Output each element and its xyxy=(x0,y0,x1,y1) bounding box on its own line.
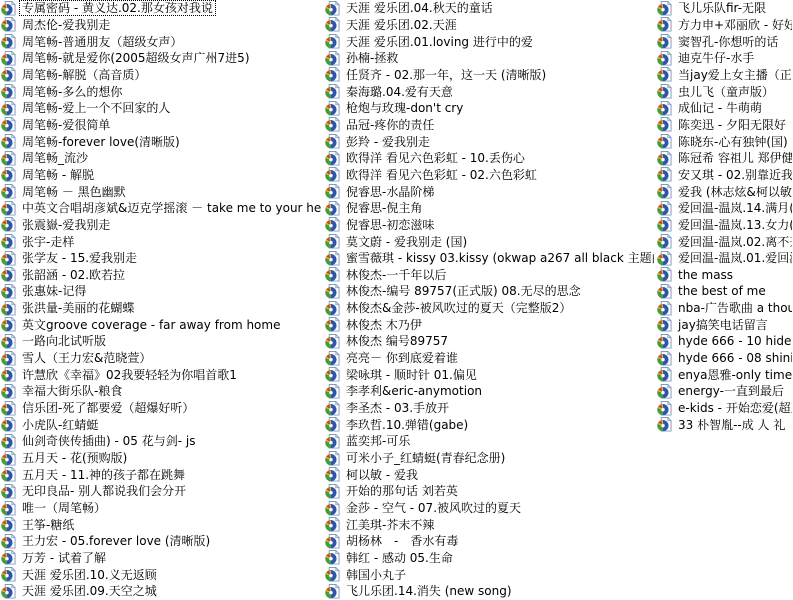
file-item[interactable]: 李玖哲.10.弹错(gabe) xyxy=(325,416,655,433)
file-name: 任贤齐 - 02.那一年，这一天 (清晰版) xyxy=(343,67,549,83)
file-name: 一路向北试听版 xyxy=(19,333,109,349)
file-name: 仙剑奇侠传插曲) - 05 花与剑- js xyxy=(19,433,198,449)
file-item[interactable]: 迪克牛仔-水手 xyxy=(657,50,793,67)
file-name: 爱回温-温岚.13.女力(新 xyxy=(675,217,793,233)
media-file-icon xyxy=(325,401,340,416)
media-file-icon xyxy=(325,451,340,466)
file-item[interactable]: jay搞笑电话留言 xyxy=(657,316,793,333)
file-name: 爱回温-温岚.14.满月(新 xyxy=(675,200,793,216)
file-item[interactable]: 孙楠-拯救 xyxy=(325,50,655,67)
media-file-icon xyxy=(1,151,16,166)
explorer-file-list-view: { "view": { "type": "file-list", "backgr… xyxy=(0,0,793,600)
file-item[interactable]: 爱回温-温岚.13.女力(新 xyxy=(657,217,793,234)
media-file-icon xyxy=(325,550,340,565)
file-item[interactable]: 周笔畅 － 黑色幽默 xyxy=(1,183,323,200)
file-item[interactable]: energy-一直到最后 xyxy=(657,383,793,400)
media-file-icon xyxy=(657,101,672,116)
media-file-icon xyxy=(657,151,672,166)
file-name: 雪人（王力宏&范晓萱） xyxy=(19,350,154,366)
file-name: 林俊杰-一千年以后 xyxy=(343,267,449,283)
file-item[interactable]: 雪人（王力宏&范晓萱） xyxy=(1,350,323,367)
file-item[interactable]: 蜜雪薇琪 - kissy 03.kissy (okwap a267 all bl… xyxy=(325,250,655,267)
file-name: 韩国小丸子 xyxy=(343,567,409,583)
file-item[interactable]: 陈冠希 容祖儿 郑伊健 阿 xyxy=(657,150,793,167)
file-item[interactable]: 倪睿思-倪主角 xyxy=(325,200,655,217)
file-name: 开始的那句话 刘若英 xyxy=(343,483,461,499)
file-item[interactable]: 小虎队-红蜻蜓 xyxy=(1,416,323,433)
file-name: 金莎 - 空气 - 07.被风吹过的夏天 xyxy=(343,500,524,516)
media-file-icon xyxy=(657,267,672,282)
media-file-icon xyxy=(325,134,340,149)
file-name: hyde 666 - 08 shining ove xyxy=(675,350,793,366)
file-name: 张学友 - 15.爱我别走 xyxy=(19,250,140,266)
media-file-icon xyxy=(325,384,340,399)
media-file-icon xyxy=(657,167,672,182)
media-file-icon xyxy=(1,484,16,499)
media-file-icon xyxy=(1,401,16,416)
file-name: 可米小子_红蜻蜓(青春纪念册) xyxy=(343,450,508,466)
file-item[interactable]: 英文groove coverage - far away from home xyxy=(1,316,323,333)
file-item[interactable]: 林俊杰 编号89757 xyxy=(325,333,655,350)
media-file-icon xyxy=(1,384,16,399)
media-file-icon xyxy=(325,184,340,199)
file-name: enya恩雅-only time xyxy=(675,367,793,383)
media-file-icon xyxy=(1,17,16,32)
file-item[interactable]: 枪炮与玫瑰-don't cry xyxy=(325,100,655,117)
media-file-icon xyxy=(1,501,16,516)
media-file-icon xyxy=(657,234,672,249)
media-file-icon xyxy=(325,584,340,599)
media-file-icon xyxy=(657,51,672,66)
file-name: 幸福大街乐队-粮食 xyxy=(19,383,125,399)
file-name: 爱回温-温岚.01.爱回温 xyxy=(675,250,793,266)
file-item[interactable]: 五月天 - 花(预购版) xyxy=(1,450,323,467)
media-file-icon xyxy=(657,351,672,366)
media-file-icon xyxy=(1,467,16,482)
file-name: 欧得洋 看见六色彩虹 - 10.丢伤心 xyxy=(343,150,528,166)
file-name: 江美琪-芥末不辣 xyxy=(343,517,437,533)
file-item[interactable]: 方力申+邓丽欣 - 好好恋 xyxy=(657,17,793,34)
file-item[interactable]: 秦海璐.04.爱有天意 xyxy=(325,83,655,100)
file-list-column-2: 天涯 爱乐团.04.秋天的童话天涯 爱乐团.02.天涯天涯 爱乐团.01.lov… xyxy=(325,0,655,600)
file-name: 迪克牛仔-水手 xyxy=(675,50,757,66)
file-list-column-3: 飞儿乐队fir-无限方力申+邓丽欣 - 好好恋窦智孔-你想听的话迪克牛仔-水手当… xyxy=(657,0,793,600)
file-item[interactable]: 莫文蔚 - 爱我别走 (国) xyxy=(325,233,655,250)
media-file-icon xyxy=(657,284,672,299)
media-file-icon xyxy=(325,317,340,332)
file-item[interactable]: 亮亮－ 你到底爱着谁 xyxy=(325,350,655,367)
media-file-icon xyxy=(325,534,340,549)
media-file-icon xyxy=(1,517,16,532)
file-item[interactable]: 天涯 爱乐团.04.秋天的童话 xyxy=(325,0,655,17)
file-item[interactable]: 成仙记 - 牛萌萌 xyxy=(657,100,793,117)
media-file-icon xyxy=(325,234,340,249)
file-item[interactable]: 当jay爱上女主播（正版 xyxy=(657,67,793,84)
media-file-icon xyxy=(657,367,672,382)
file-name: 周笔畅-多么的想你 xyxy=(19,84,125,100)
file-name: 当jay爱上女主播（正版 xyxy=(675,67,793,83)
file-name: 莫文蔚 - 爱我别走 (国) xyxy=(343,234,470,250)
file-item[interactable]: 周笔畅-爱上一个不回家的人 xyxy=(1,100,323,117)
file-item[interactable]: 信乐团-死了都要爱（超爆好听） xyxy=(1,400,323,417)
media-file-icon xyxy=(657,401,672,416)
file-item[interactable]: 林俊杰&金莎-被风吹过的夏天（完整版2） xyxy=(325,300,655,317)
media-file-icon xyxy=(325,167,340,182)
file-name: 张宇-走样 xyxy=(19,234,77,250)
media-file-icon xyxy=(1,351,16,366)
media-file-icon xyxy=(1,451,16,466)
file-name: nba-广告歌曲 a thousan xyxy=(675,300,793,316)
media-file-icon xyxy=(1,201,16,216)
media-file-icon xyxy=(1,251,16,266)
file-item-selected[interactable]: 专属密码 - 黄义达.02.那女孩对我说 xyxy=(1,0,323,17)
file-item[interactable]: 一路向北试听版 xyxy=(1,333,323,350)
media-file-icon xyxy=(657,67,672,82)
file-name: 倪睿思-初恋滋味 xyxy=(343,217,437,233)
file-name: jay搞笑电话留言 xyxy=(675,317,771,333)
file-item[interactable]: 王力宏 - 05.forever love (清晰版) xyxy=(1,533,323,550)
file-item[interactable]: 林俊杰 木乃伊 xyxy=(325,316,655,333)
file-item[interactable]: 周笔畅-多么的想你 xyxy=(1,83,323,100)
file-name: 周笔畅_流沙 xyxy=(19,150,91,166)
file-name: 张韶涵 - 02.欧若拉 xyxy=(19,267,128,283)
media-file-icon xyxy=(325,351,340,366)
file-item[interactable]: 陈晓东-心有独钟(国) xyxy=(657,133,793,150)
file-list: 专属密码 - 黄义达.02.那女孩对我说周杰伦-爱我别走周笔畅-普通朋友（超级女… xyxy=(0,0,793,600)
file-name: 周笔畅-forever love(清晰版) xyxy=(19,134,183,150)
file-name: e-kids - 开始恋爱(超正呀 xyxy=(675,400,793,416)
file-item[interactable]: 张洪量-美丽的花蝴蝶 xyxy=(1,300,323,317)
file-item[interactable]: 江美琪-芥末不辣 xyxy=(325,516,655,533)
file-name: 张惠妹-记得 xyxy=(19,283,89,299)
file-item[interactable]: 张学友 - 15.爱我别走 xyxy=(1,250,323,267)
media-file-icon xyxy=(1,284,16,299)
media-file-icon xyxy=(325,284,340,299)
media-file-icon xyxy=(325,17,340,32)
media-file-icon xyxy=(1,434,16,449)
file-item[interactable]: 倪睿思-初恋滋味 xyxy=(325,217,655,234)
file-item[interactable]: 胡杨林 - 香水有毒 xyxy=(325,533,655,550)
file-name: 天涯 爱乐团.09.天空之城 xyxy=(19,583,160,599)
file-item[interactable]: 爱我 (林志炫&柯以敏)(背 xyxy=(657,183,793,200)
media-file-icon xyxy=(1,334,16,349)
media-file-icon xyxy=(1,51,16,66)
media-file-icon xyxy=(325,517,340,532)
file-item[interactable]: nba-广告歌曲 a thousan xyxy=(657,300,793,317)
media-file-icon xyxy=(1,301,16,316)
media-file-icon xyxy=(325,567,340,582)
file-name: 倪睿思-水晶阶梯 xyxy=(343,184,437,200)
file-item[interactable]: 李孝利&eric-anymotion xyxy=(325,383,655,400)
file-name: 欧得洋 看见六色彩虹 - 02.六色彩虹 xyxy=(343,167,540,183)
media-file-icon xyxy=(1,417,16,432)
media-file-icon xyxy=(1,184,16,199)
media-file-icon xyxy=(325,467,340,482)
file-name: 周笔畅 - 解脱 xyxy=(19,167,97,183)
file-name: 中英文合唱胡彦斌&迈克学摇滚 － take me to your hear吻别 xyxy=(19,200,323,216)
file-item[interactable]: 五月天 - 11.神的孩子都在跳舞 xyxy=(1,466,323,483)
file-name: 李玖哲.10.弹错(gabe) xyxy=(343,417,471,433)
media-file-icon xyxy=(657,34,672,49)
media-file-icon xyxy=(325,34,340,49)
media-file-icon xyxy=(1,317,16,332)
file-item[interactable]: 33 朴智胤--成 人 礼 xyxy=(657,416,793,433)
media-file-icon xyxy=(1,1,16,16)
file-item[interactable]: 张震嶽-爱我别走 xyxy=(1,217,323,234)
file-item[interactable]: 柯以敏 - 爱我 xyxy=(325,466,655,483)
media-file-icon xyxy=(1,550,16,565)
media-file-icon xyxy=(325,334,340,349)
file-name: 周杰伦-爱我别走 xyxy=(19,17,113,33)
media-file-icon xyxy=(325,51,340,66)
file-item[interactable]: 王筝-糖纸 xyxy=(1,516,323,533)
file-name: 窦智孔-你想听的话 xyxy=(675,34,781,50)
file-item[interactable]: 万芳 - 试着了解 xyxy=(1,550,323,567)
file-name: 周笔畅-解脱（高音质） xyxy=(19,67,149,83)
media-file-icon xyxy=(657,1,672,16)
media-file-icon xyxy=(1,117,16,132)
file-list-column-1: 专属密码 - 黄义达.02.那女孩对我说周杰伦-爱我别走周笔畅-普通朋友（超级女… xyxy=(1,0,323,600)
file-name: 天涯 爱乐团.02.天涯 xyxy=(343,17,460,33)
file-item[interactable]: 欧得洋 看见六色彩虹 - 10.丢伤心 xyxy=(325,150,655,167)
file-name: 33 朴智胤--成 人 礼 xyxy=(675,417,788,433)
file-name: 周笔畅-爱很简单 xyxy=(19,117,113,133)
file-item[interactable]: 爱回温-温岚.01.爱回温 xyxy=(657,250,793,267)
media-file-icon xyxy=(657,251,672,266)
media-file-icon xyxy=(1,84,16,99)
media-file-icon xyxy=(325,501,340,516)
media-file-icon xyxy=(1,167,16,182)
file-item[interactable]: 虫儿飞（童声版） xyxy=(657,83,793,100)
file-name: 虫儿飞（童声版） xyxy=(675,84,777,100)
media-file-icon xyxy=(657,301,672,316)
file-name: 万芳 - 试着了解 xyxy=(19,550,109,566)
media-file-icon xyxy=(657,217,672,232)
file-name: 林俊杰-编号 89757(正式版) 08.无尽的思念 xyxy=(343,283,584,299)
file-name: hyde 666 - 10 hideaway xyxy=(675,333,793,349)
file-name: 五月天 - 11.神的孩子都在跳舞 xyxy=(19,467,188,483)
file-item[interactable]: the mass xyxy=(657,267,793,284)
media-file-icon xyxy=(325,1,340,16)
media-file-icon xyxy=(1,567,16,582)
file-item[interactable]: hyde 666 - 08 shining ove xyxy=(657,350,793,367)
file-item[interactable]: 飞儿乐团.14.消失 (new song) xyxy=(325,583,655,600)
media-file-icon xyxy=(1,101,16,116)
media-file-icon xyxy=(657,201,672,216)
file-name: 彭羚 - 爱我别走 xyxy=(343,134,433,150)
media-file-icon xyxy=(325,417,340,432)
file-item[interactable]: 周笔畅-forever love(清晰版) xyxy=(1,133,323,150)
file-item[interactable]: 林俊杰-编号 89757(正式版) 08.无尽的思念 xyxy=(325,283,655,300)
file-name: 飞儿乐队fir-无限 xyxy=(675,0,769,16)
file-name: 无印良品- 别人都说我们会分开 xyxy=(19,483,189,499)
file-name: 专属密码 - 黄义达.02.那女孩对我说 xyxy=(19,0,216,16)
media-file-icon xyxy=(1,34,16,49)
file-item[interactable]: 无印良品- 别人都说我们会分开 xyxy=(1,483,323,500)
file-item[interactable]: 张韶涵 - 02.欧若拉 xyxy=(1,267,323,284)
file-name: 张洪量-美丽的花蝴蝶 xyxy=(19,300,137,316)
file-item[interactable]: enya恩雅-only time xyxy=(657,366,793,383)
file-name: 周笔畅-爱上一个不回家的人 xyxy=(19,100,173,116)
media-file-icon xyxy=(1,367,16,382)
file-item[interactable]: 韩红 - 感动 05.生命 xyxy=(325,550,655,567)
file-name: 李孝利&eric-anymotion xyxy=(343,383,485,399)
file-item[interactable]: 开始的那句话 刘若英 xyxy=(325,483,655,500)
file-item[interactable]: 韩国小丸子 xyxy=(325,566,655,583)
media-file-icon xyxy=(325,367,340,382)
file-name: 林俊杰&金莎-被风吹过的夏天（完整版2） xyxy=(343,300,574,316)
media-file-icon xyxy=(657,184,672,199)
file-name: 方力申+邓丽欣 - 好好恋 xyxy=(675,17,793,33)
media-file-icon xyxy=(1,217,16,232)
media-file-icon xyxy=(325,117,340,132)
media-file-icon xyxy=(325,484,340,499)
file-name: 天涯 爱乐团.04.秋天的童话 xyxy=(343,0,496,16)
media-file-icon xyxy=(657,117,672,132)
media-file-icon xyxy=(325,251,340,266)
file-item[interactable]: 陈奕迅 - 夕阳无限好 xyxy=(657,117,793,134)
media-file-icon xyxy=(325,434,340,449)
file-name: 周笔畅-就是爱你(2005超级女声广州7进5) xyxy=(19,50,253,66)
file-name: 王力宏 - 05.forever love (清晰版) xyxy=(19,533,213,549)
file-item[interactable]: 爱回温-温岚.02.离不开 xyxy=(657,233,793,250)
file-name: 小虎队-红蜻蜓 xyxy=(19,417,101,433)
file-name: 天涯 爱乐团.01.loving 进行中的爱 xyxy=(343,34,536,50)
media-file-icon xyxy=(657,417,672,432)
file-item[interactable]: 蓝奕邦-可乐 xyxy=(325,433,655,450)
file-name: energy-一直到最后 xyxy=(675,383,787,399)
file-item[interactable]: 欧得洋 看见六色彩虹 - 02.六色彩虹 xyxy=(325,167,655,184)
file-name: 爱回温-温岚.02.离不开 xyxy=(675,234,793,250)
file-item[interactable]: 周笔畅-爱很简单 xyxy=(1,117,323,134)
media-file-icon xyxy=(325,84,340,99)
file-item[interactable]: 爱回温-温岚.14.满月(新 xyxy=(657,200,793,217)
file-item[interactable]: 品冠-疼你的责任 xyxy=(325,117,655,134)
file-name: 亮亮－ 你到底爱着谁 xyxy=(343,350,461,366)
file-name: 品冠-疼你的责任 xyxy=(343,117,437,133)
media-file-icon xyxy=(325,217,340,232)
media-file-icon xyxy=(1,534,16,549)
file-item[interactable]: 周笔畅_流沙 xyxy=(1,150,323,167)
file-item[interactable]: 李圣杰 - 03.手放开 xyxy=(325,400,655,417)
file-item[interactable]: 周笔畅-解脱（高音质） xyxy=(1,67,323,84)
file-name: 蜜雪薇琪 - kissy 03.kissy (okwap a267 all bl… xyxy=(343,250,655,266)
file-name: 陈冠希 容祖儿 郑伊健 阿 xyxy=(675,150,793,166)
file-item[interactable]: 安又琪 - 02.别靠近我 xyxy=(657,167,793,184)
media-file-icon xyxy=(1,134,16,149)
file-name: 倪睿思-倪主角 xyxy=(343,200,425,216)
file-name: 孙楠-拯救 xyxy=(343,50,401,66)
media-file-icon xyxy=(657,84,672,99)
file-item[interactable]: e-kids - 开始恋爱(超正呀 xyxy=(657,400,793,417)
file-name: 韩红 - 感动 05.生命 xyxy=(343,550,456,566)
media-file-icon xyxy=(325,301,340,316)
file-name: 周笔畅-普通朋友（超级女声） xyxy=(19,34,185,50)
file-name: 爱我 (林志炫&柯以敏)(背 xyxy=(675,184,793,200)
file-name: 五月天 - 花(预购版) xyxy=(19,450,130,466)
media-file-icon xyxy=(325,151,340,166)
media-file-icon xyxy=(325,67,340,82)
file-item[interactable]: 林俊杰-一千年以后 xyxy=(325,267,655,284)
file-item[interactable]: 张惠妹-记得 xyxy=(1,283,323,300)
file-item[interactable]: 仙剑奇侠传插曲) - 05 花与剑- js xyxy=(1,433,323,450)
file-item[interactable]: 许慧欣《幸福》02我要轻轻为你唱首歌1 xyxy=(1,366,323,383)
media-file-icon xyxy=(1,67,16,82)
media-file-icon xyxy=(1,584,16,599)
file-item[interactable]: 幸福大街乐队-粮食 xyxy=(1,383,323,400)
media-file-icon xyxy=(657,384,672,399)
media-file-icon xyxy=(657,334,672,349)
file-name: 蓝奕邦-可乐 xyxy=(343,433,413,449)
file-name: 枪炮与玫瑰-don't cry xyxy=(343,100,466,116)
file-item[interactable]: 天涯 爱乐团.09.天空之城 xyxy=(1,583,323,600)
file-name: 陈晓东-心有独钟(国) xyxy=(675,134,791,150)
media-file-icon xyxy=(325,101,340,116)
media-file-icon xyxy=(657,317,672,332)
file-name: 安又琪 - 02.别靠近我 xyxy=(675,167,793,183)
file-item[interactable]: 周笔畅-普通朋友（超级女声） xyxy=(1,33,323,50)
file-name: 陈奕迅 - 夕阳无限好 xyxy=(675,117,789,133)
file-item[interactable]: 周杰伦-爱我别走 xyxy=(1,17,323,34)
file-item[interactable]: 天涯 爱乐团.01.loving 进行中的爱 xyxy=(325,33,655,50)
file-item[interactable]: the best of me xyxy=(657,283,793,300)
file-item[interactable]: 唯一（周笔畅） xyxy=(1,500,323,517)
media-file-icon xyxy=(325,267,340,282)
file-name: 林俊杰 编号89757 xyxy=(343,333,451,349)
file-name: 唯一（周笔畅） xyxy=(19,500,109,516)
file-item[interactable]: 彭羚 - 爱我别走 xyxy=(325,133,655,150)
file-name: 英文groove coverage - far away from home xyxy=(19,317,283,333)
file-name: 天涯 爱乐团.10.义无返顾 xyxy=(19,567,160,583)
media-file-icon xyxy=(657,134,672,149)
file-name: 胡杨林 - 香水有毒 xyxy=(343,533,461,549)
file-name: 王筝-糖纸 xyxy=(19,517,77,533)
media-file-icon xyxy=(325,201,340,216)
file-name: 成仙记 - 牛萌萌 xyxy=(675,100,765,116)
file-item[interactable]: 天涯 爱乐团.02.天涯 xyxy=(325,17,655,34)
file-item[interactable]: 周笔畅-就是爱你(2005超级女声广州7进5) xyxy=(1,50,323,67)
media-file-icon xyxy=(1,234,16,249)
file-item[interactable]: 周笔畅 - 解脱 xyxy=(1,167,323,184)
file-item[interactable]: 金莎 - 空气 - 07.被风吹过的夏天 xyxy=(325,500,655,517)
file-name: the mass xyxy=(675,267,736,283)
file-item[interactable]: 中英文合唱胡彦斌&迈克学摇滚 － take me to your hear吻别 xyxy=(1,200,323,217)
file-name: the best of me xyxy=(675,283,769,299)
file-name: 李圣杰 - 03.手放开 xyxy=(343,400,452,416)
media-file-icon xyxy=(657,17,672,32)
file-item[interactable]: 天涯 爱乐团.10.义无返顾 xyxy=(1,566,323,583)
file-item[interactable]: 倪睿思-水晶阶梯 xyxy=(325,183,655,200)
file-name: 张震嶽-爱我别走 xyxy=(19,217,113,233)
file-name: 秦海璐.04.爱有天意 xyxy=(343,84,456,100)
media-file-icon xyxy=(1,267,16,282)
file-item[interactable]: 可米小子_红蜻蜓(青春纪念册) xyxy=(325,450,655,467)
file-name: 梁咏琪 - 顺时针 01.偏见 xyxy=(343,367,480,383)
file-item[interactable]: 张宇-走样 xyxy=(1,233,323,250)
file-name: 许慧欣《幸福》02我要轻轻为你唱首歌1 xyxy=(19,367,240,383)
file-name: 周笔畅 － 黑色幽默 xyxy=(19,184,129,200)
file-name: 信乐团-死了都要爱（超爆好听） xyxy=(19,400,197,416)
file-name: 柯以敏 - 爱我 xyxy=(343,467,421,483)
file-item[interactable]: 窦智孔-你想听的话 xyxy=(657,33,793,50)
file-name: 林俊杰 木乃伊 xyxy=(343,317,425,333)
file-name: 飞儿乐团.14.消失 (new song) xyxy=(343,583,515,599)
file-item[interactable]: 飞儿乐队fir-无限 xyxy=(657,0,793,17)
file-item[interactable]: 梁咏琪 - 顺时针 01.偏见 xyxy=(325,366,655,383)
file-item[interactable]: 任贤齐 - 02.那一年，这一天 (清晰版) xyxy=(325,67,655,84)
file-item[interactable]: hyde 666 - 10 hideaway xyxy=(657,333,793,350)
